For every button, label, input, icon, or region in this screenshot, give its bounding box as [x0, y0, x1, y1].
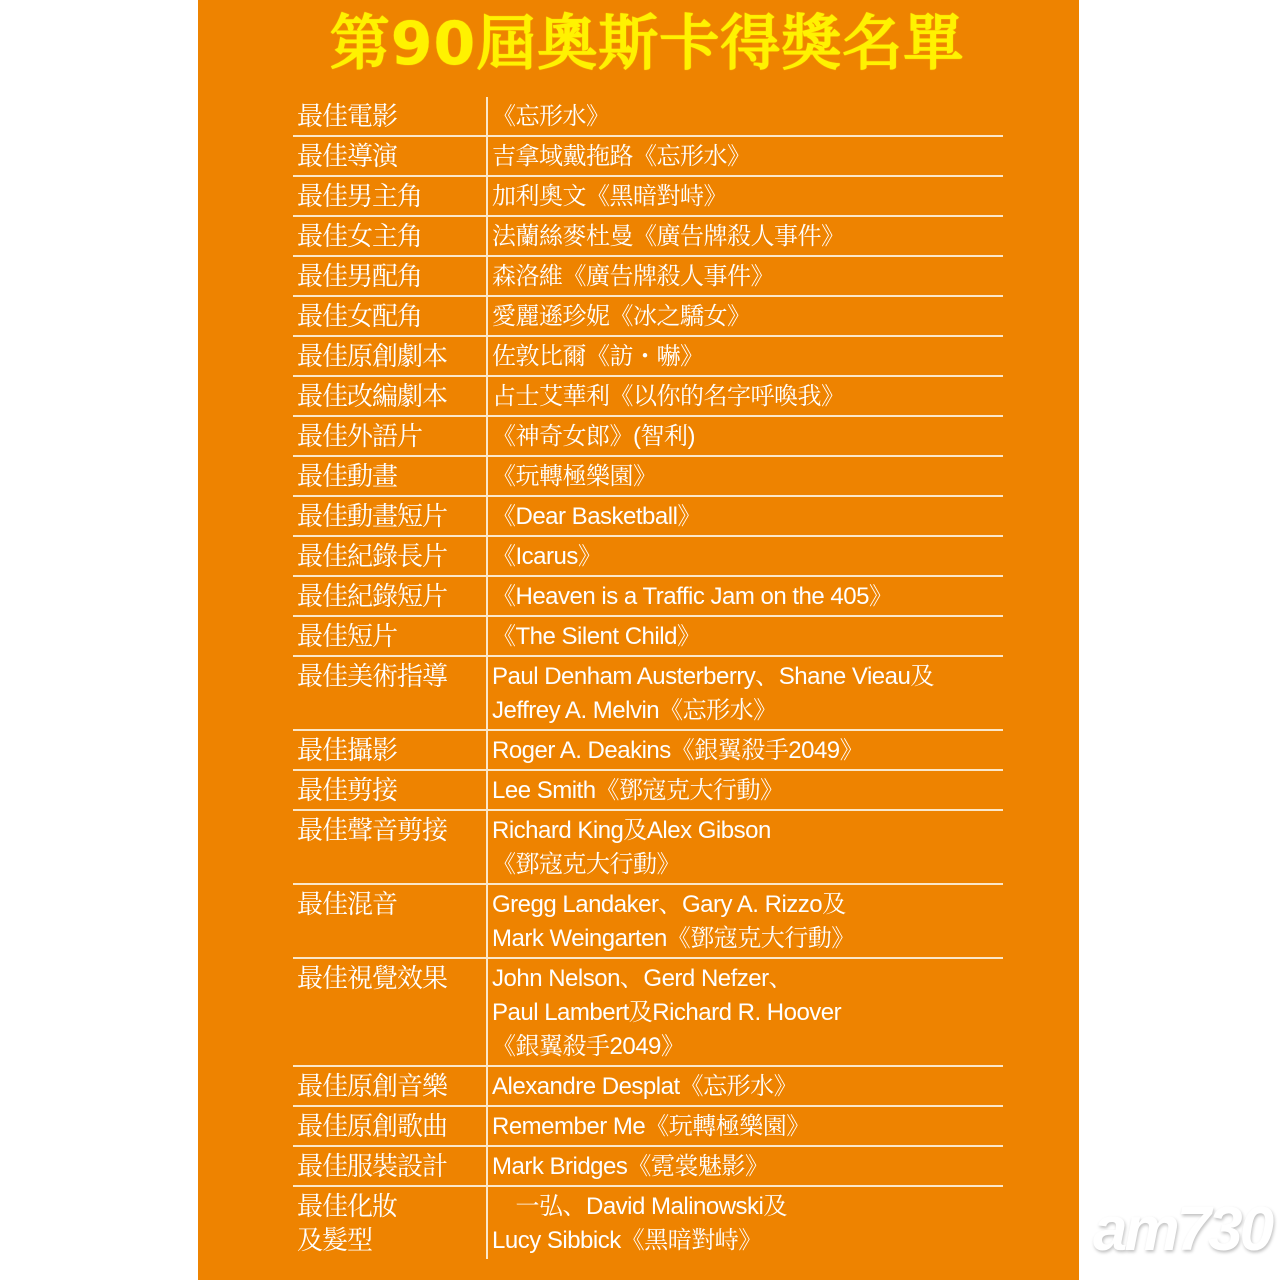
award-row: 最佳剪接Lee Smith《鄧寇克大行動》 — [293, 771, 1003, 811]
award-row: 最佳電影《忘形水》 — [293, 97, 1003, 137]
award-category: 最佳動畫短片 — [293, 497, 486, 535]
award-row: 最佳紀錄短片《Heaven is a Traffic Jam on the 40… — [293, 577, 1003, 617]
award-row: 最佳動畫短片《Dear Basketball》 — [293, 497, 1003, 537]
award-row: 最佳紀錄長片《Icarus》 — [293, 537, 1003, 577]
award-winner: 《神奇女郎》(智利) — [486, 417, 1003, 455]
award-winner: 《玩轉極樂園》 — [486, 457, 1003, 495]
award-row: 最佳外語片《神奇女郎》(智利) — [293, 417, 1003, 457]
award-category: 最佳原創歌曲 — [293, 1107, 486, 1145]
award-category: 最佳導演 — [293, 137, 486, 175]
award-category: 最佳外語片 — [293, 417, 486, 455]
award-category: 最佳動畫 — [293, 457, 486, 495]
award-category: 最佳電影 — [293, 97, 486, 135]
award-row: 最佳動畫《玩轉極樂園》 — [293, 457, 1003, 497]
award-row: 最佳女配角愛麗遜珍妮《冰之驕女》 — [293, 297, 1003, 337]
award-winner: Alexandre Desplat《忘形水》 — [486, 1067, 1003, 1105]
award-winner: 《Dear Basketball》 — [486, 497, 1003, 535]
award-winner: Roger A. Deakins《銀翼殺手2049》 — [486, 731, 1003, 769]
award-category: 最佳原創劇本 — [293, 337, 486, 375]
award-category: 最佳化妝 及髮型 — [293, 1187, 486, 1259]
award-category: 最佳改編劇本 — [293, 377, 486, 415]
award-row: 最佳混音Gregg Landaker、Gary A. Rizzo及 Mark W… — [293, 885, 1003, 959]
award-winner: 《忘形水》 — [486, 97, 1003, 135]
award-category: 最佳紀錄短片 — [293, 577, 486, 615]
am730-logo: am730 — [1093, 1195, 1263, 1265]
award-row: 最佳原創歌曲Remember Me《玩轉極樂園》 — [293, 1107, 1003, 1147]
page-title: 第90屆奧斯卡得獎名單 — [292, 8, 1002, 80]
award-category: 最佳剪接 — [293, 771, 486, 809]
award-winner: John Nelson、Gerd Nefzer、 Paul Lambert及Ri… — [486, 959, 1003, 1065]
award-winner: 森洛維《廣告牌殺人事件》 — [486, 257, 1003, 295]
award-row: 最佳導演吉拿域戴拖路《忘形水》 — [293, 137, 1003, 177]
award-winner: 吉拿域戴拖路《忘形水》 — [486, 137, 1003, 175]
award-category: 最佳紀錄長片 — [293, 537, 486, 575]
award-winner: 加利奧文《黑暗對峙》 — [486, 177, 1003, 215]
award-winner: Paul Denham Austerberry、Shane Vieau及 Jef… — [486, 657, 1003, 729]
award-winner: 《Icarus》 — [486, 537, 1003, 575]
award-winner: 一弘、David Malinowski及 Lucy Sibbick《黑暗對峙》 — [486, 1187, 1003, 1259]
award-winner: 法蘭絲麥杜曼《廣告牌殺人事件》 — [486, 217, 1003, 255]
award-row: 最佳美術指導Paul Denham Austerberry、Shane Viea… — [293, 657, 1003, 731]
award-category: 最佳美術指導 — [293, 657, 486, 729]
award-row: 最佳短片《The Silent Child》 — [293, 617, 1003, 657]
award-row: 最佳化妝 及髮型 一弘、David Malinowski及 Lucy Sibbi… — [293, 1187, 1003, 1259]
award-winner: Lee Smith《鄧寇克大行動》 — [486, 771, 1003, 809]
award-category: 最佳女主角 — [293, 217, 486, 255]
awards-table: 最佳電影《忘形水》最佳導演吉拿域戴拖路《忘形水》最佳男主角加利奧文《黑暗對峙》最… — [293, 97, 1003, 1259]
award-category: 最佳男配角 — [293, 257, 486, 295]
award-row: 最佳服裝設計Mark Bridges《霓裳魅影》 — [293, 1147, 1003, 1187]
award-category: 最佳短片 — [293, 617, 486, 655]
award-category: 最佳視覺效果 — [293, 959, 486, 1065]
award-category: 最佳女配角 — [293, 297, 486, 335]
award-winner: 愛麗遜珍妮《冰之驕女》 — [486, 297, 1003, 335]
award-row: 最佳攝影Roger A. Deakins《銀翼殺手2049》 — [293, 731, 1003, 771]
award-row: 最佳男配角森洛維《廣告牌殺人事件》 — [293, 257, 1003, 297]
award-category: 最佳男主角 — [293, 177, 486, 215]
award-winner: 占士艾華利《以你的名字呼喚我》 — [486, 377, 1003, 415]
award-row: 最佳原創劇本佐敦比爾《訪・嚇》 — [293, 337, 1003, 377]
award-row: 最佳男主角加利奧文《黑暗對峙》 — [293, 177, 1003, 217]
award-category: 最佳攝影 — [293, 731, 486, 769]
award-category: 最佳服裝設計 — [293, 1147, 486, 1185]
award-row: 最佳聲音剪接Richard King及Alex Gibson 《鄧寇克大行動》 — [293, 811, 1003, 885]
award-winner: Gregg Landaker、Gary A. Rizzo及 Mark Weing… — [486, 885, 1003, 957]
award-row: 最佳視覺效果John Nelson、Gerd Nefzer、 Paul Lamb… — [293, 959, 1003, 1067]
award-winner: 《The Silent Child》 — [486, 617, 1003, 655]
award-row: 最佳原創音樂Alexandre Desplat《忘形水》 — [293, 1067, 1003, 1107]
award-winner: Mark Bridges《霓裳魅影》 — [486, 1147, 1003, 1185]
award-row: 最佳女主角法蘭絲麥杜曼《廣告牌殺人事件》 — [293, 217, 1003, 257]
award-winner: Remember Me《玩轉極樂園》 — [486, 1107, 1003, 1145]
award-winner: Richard King及Alex Gibson 《鄧寇克大行動》 — [486, 811, 1003, 883]
award-category: 最佳原創音樂 — [293, 1067, 486, 1105]
award-category: 最佳聲音剪接 — [293, 811, 486, 883]
award-row: 最佳改編劇本占士艾華利《以你的名字呼喚我》 — [293, 377, 1003, 417]
award-winner: 《Heaven is a Traffic Jam on the 405》 — [486, 577, 1003, 615]
award-category: 最佳混音 — [293, 885, 486, 957]
award-winner: 佐敦比爾《訪・嚇》 — [486, 337, 1003, 375]
